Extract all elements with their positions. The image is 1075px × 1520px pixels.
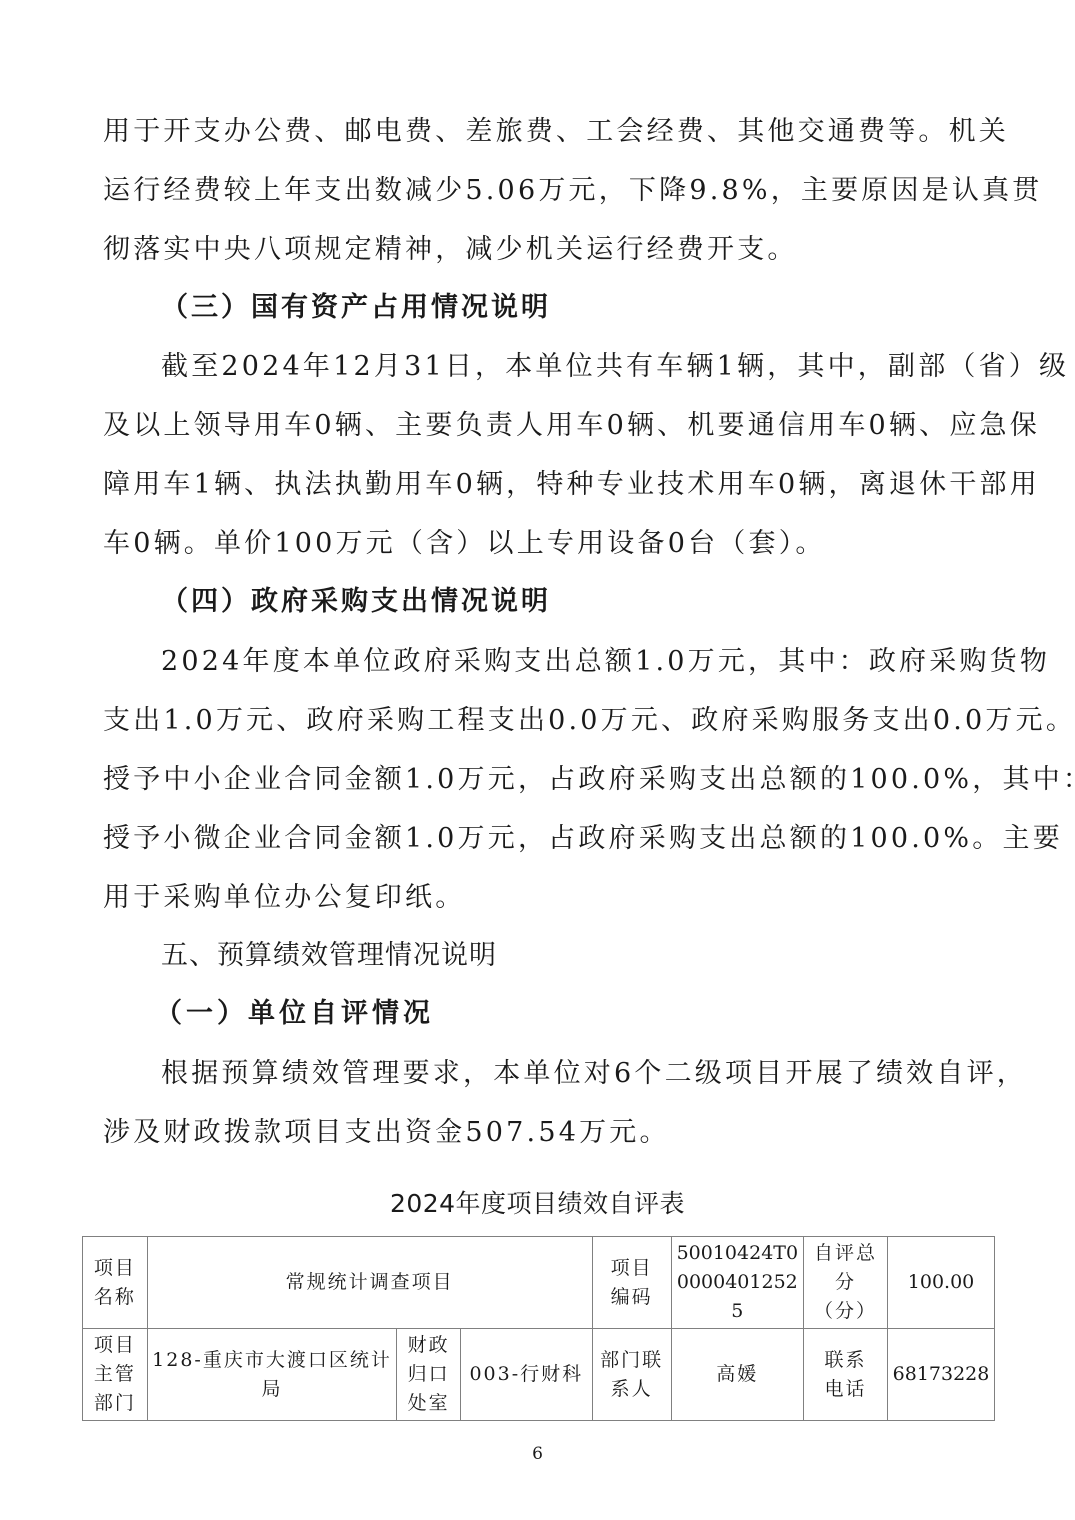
paragraph-line: 及以上领导用车0辆、主要负责人用车0辆、机要通信用车0辆、应急保 <box>103 406 973 446</box>
paragraph-line: 彻落实中央八项规定精神，减少机关运行经费开支。 <box>103 230 973 270</box>
score-label: 自评总分（分） <box>804 1237 888 1329</box>
table-row: 项目名称 常规统计调查项目 项目编码 50010424T000004012525… <box>83 1237 995 1329</box>
dept-label: 项目主管部门 <box>83 1329 148 1421</box>
table-title: 2024年度项目绩效自评表 <box>0 1186 1075 1222</box>
project-code-label: 项目编码 <box>592 1237 671 1329</box>
table-row: 项目主管部门 128-重庆市大渡口区统计局 财政归口处室 003-行财科 部门联… <box>83 1329 995 1421</box>
contact-value: 高媛 <box>671 1329 803 1421</box>
dept-value: 128-重庆市大渡口区统计局 <box>147 1329 397 1421</box>
section-heading-procurement: （四）政府采购支出情况说明 <box>161 582 551 622</box>
paragraph-line: 根据预算绩效管理要求，本单位对6个二级项目开展了绩效自评， <box>161 1054 973 1094</box>
paragraph-line: 障用车1辆、执法执勤用车0辆，特种专业技术用车0辆，离退休干部用 <box>103 465 973 505</box>
paragraph-line: 车0辆。单价100万元（含）以上专用设备0台（套）。 <box>103 524 973 564</box>
project-name-value: 常规统计调查项目 <box>147 1237 592 1329</box>
paragraph-line: 2024年度本单位政府采购支出总额1.0万元，其中：政府采购货物 <box>161 642 973 682</box>
page-number: 6 <box>0 1444 1075 1464</box>
phone-value: 68173228 <box>888 1329 995 1421</box>
paragraph-line: 涉及财政拨款项目支出资金507.54万元。 <box>103 1113 973 1153</box>
project-name-label: 项目名称 <box>83 1237 148 1329</box>
project-code-value: 50010424T000004012525 <box>671 1237 803 1329</box>
finance-office-value: 003-行财科 <box>461 1329 593 1421</box>
paragraph-line: 授予小微企业合同金额1.0万元，占政府采购支出总额的100.0%。主要 <box>103 819 973 859</box>
paragraph-line: 运行经费较上年支出数减少5.06万元，下降9.8%，主要原因是认真贯 <box>103 171 973 211</box>
subsection-heading-self-eval: （一）单位自评情况 <box>155 994 434 1034</box>
paragraph-line: 用于采购单位办公复印纸。 <box>103 878 973 918</box>
paragraph-line: 用于开支办公费、邮电费、差旅费、工会经费、其他交通费等。机关 <box>103 112 973 152</box>
section-heading-assets: （三）国有资产占用情况说明 <box>161 288 551 328</box>
score-value: 100.00 <box>888 1237 995 1329</box>
paragraph-line: 支出1.0万元、政府采购工程支出0.0万元、政府采购服务支出0.0万元。 <box>103 701 973 741</box>
document-page: 用于开支办公费、邮电费、差旅费、工会经费、其他交通费等。机关 运行经费较上年支出… <box>0 0 1075 1520</box>
paragraph-line: 授予中小企业合同金额1.0万元，占政府采购支出总额的100.0%，其中： <box>103 760 973 800</box>
paragraph-line: 截至2024年12月31日，本单位共有车辆1辆，其中，副部（省）级 <box>161 347 973 387</box>
part-heading-performance: 五、预算绩效管理情况说明 <box>161 936 497 976</box>
contact-label: 部门联系人 <box>592 1329 671 1421</box>
finance-office-label: 财政归口处室 <box>397 1329 461 1421</box>
project-eval-table: 项目名称 常规统计调查项目 项目编码 50010424T000004012525… <box>82 1236 995 1421</box>
phone-label: 联系电话 <box>804 1329 888 1421</box>
